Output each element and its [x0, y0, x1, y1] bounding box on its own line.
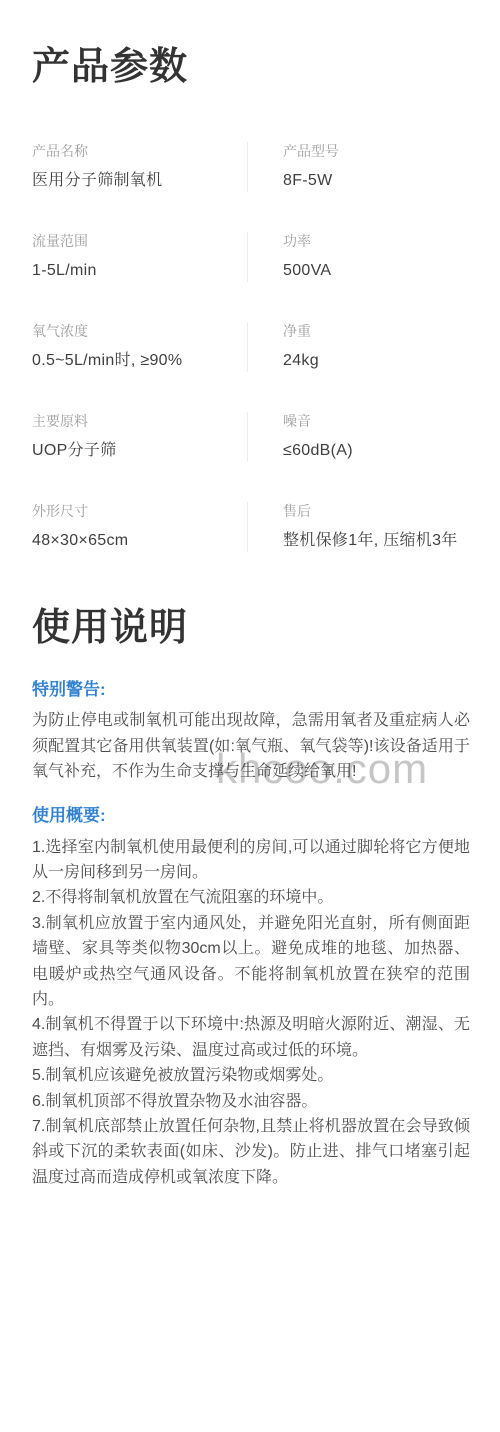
- special-warning-heading: 特别警告:: [32, 678, 470, 702]
- usage-summary-list: 1.选择室内制氧机使用最便利的房间,可以通过脚轮将它方便地从一房间移到另一房间。…: [32, 835, 470, 1191]
- spec-noise: 噪音 ≤60dB(A): [247, 412, 470, 462]
- spec-value: 0.5~5L/min时, ≥90%: [32, 350, 233, 372]
- spec-value: 整机保修1年, 压缩机3年: [283, 530, 470, 552]
- spec-value: ≤60dB(A): [283, 440, 470, 462]
- spec-row-material-noise: 主要原料 UOP分子筛 噪音 ≤60dB(A): [32, 412, 470, 462]
- spec-row-concentration-weight: 氧气浓度 0.5~5L/min时, ≥90% 净重 24kg: [32, 322, 470, 372]
- spec-product-model: 产品型号 8F-5W: [247, 142, 470, 192]
- spec-after-sales: 售后 整机保修1年, 压缩机3年: [247, 502, 470, 552]
- spec-dimensions: 外形尺寸 48×30×65cm: [32, 502, 247, 552]
- specs-section-title: 产品参数: [32, 46, 470, 90]
- spec-label: 主要原料: [32, 412, 233, 431]
- usage-section-title: 使用说明: [32, 607, 470, 651]
- spec-value: 500VA: [283, 260, 470, 282]
- spec-label: 产品型号: [283, 142, 470, 161]
- spec-value: 1-5L/min: [32, 260, 233, 282]
- usage-item-4: 4.制氧机不得置于以下环境中:热源及明暗火源附近、潮湿、无遮挡、有烟雾及污染、温…: [32, 1012, 470, 1063]
- spec-row-name-model: 产品名称 医用分子筛制氧机 产品型号 8F-5W: [32, 142, 470, 192]
- usage-summary-heading: 使用概要:: [32, 804, 470, 828]
- spec-value: 医用分子筛制氧机: [32, 170, 233, 192]
- spec-label: 流量范围: [32, 232, 233, 251]
- spec-label: 售后: [283, 502, 470, 521]
- spec-label: 氧气浓度: [32, 322, 233, 341]
- spec-row-flow-power: 流量范围 1-5L/min 功率 500VA: [32, 232, 470, 282]
- usage-item-2: 2.不得将制氧机放置在气流阻塞的环境中。: [32, 885, 470, 910]
- spec-label: 产品名称: [32, 142, 233, 161]
- usage-item-1: 1.选择室内制氧机使用最便利的房间,可以通过脚轮将它方便地从一房间移到另一房间。: [32, 835, 470, 886]
- usage-item-5: 5.制氧机应该避免被放置污染物或烟雾处。: [32, 1063, 470, 1088]
- spec-value: 48×30×65cm: [32, 530, 233, 552]
- spec-flow-range: 流量范围 1-5L/min: [32, 232, 247, 282]
- spec-label: 净重: [283, 322, 470, 341]
- spec-row-size-aftersales: 外形尺寸 48×30×65cm 售后 整机保修1年, 压缩机3年: [32, 502, 470, 552]
- special-warning-text: 为防止停电或制氧机可能出现故障，急需用氧者及重症病人必须配置其它备用供氧装置(如…: [32, 708, 470, 784]
- spec-grid: 产品名称 医用分子筛制氧机 产品型号 8F-5W 流量范围 1-5L/min 功…: [32, 142, 470, 552]
- spec-value: 8F-5W: [283, 170, 470, 192]
- spec-net-weight: 净重 24kg: [247, 322, 470, 372]
- spec-main-material: 主要原料 UOP分子筛: [32, 412, 247, 462]
- usage-item-6: 6.制氧机顶部不得放置杂物及水油容器。: [32, 1089, 470, 1114]
- page-content: 产品参数 产品名称 医用分子筛制氧机 产品型号 8F-5W 流量范围 1-5L/…: [0, 46, 500, 1190]
- spec-label: 噪音: [283, 412, 470, 431]
- spec-label: 外形尺寸: [32, 502, 233, 521]
- spec-oxygen-concentration: 氧气浓度 0.5~5L/min时, ≥90%: [32, 322, 247, 372]
- spec-product-name: 产品名称 医用分子筛制氧机: [32, 142, 247, 192]
- spec-label: 功率: [283, 232, 470, 251]
- spec-value: 24kg: [283, 350, 470, 372]
- usage-item-3: 3.制氧机应放置于室内通风处，并避免阳光直射，所有侧面距墙壁、家具等类似物30c…: [32, 911, 470, 1013]
- spec-value: UOP分子筛: [32, 440, 233, 462]
- usage-item-7: 7.制氧机底部禁止放置任何杂物,且禁止将机器放置在会导致倾斜或下沉的柔软表面(如…: [32, 1114, 470, 1190]
- spec-power: 功率 500VA: [247, 232, 470, 282]
- product-detail-page: khcoo.com 产品参数 产品名称 医用分子筛制氧机 产品型号 8F-5W …: [0, 0, 500, 1432]
